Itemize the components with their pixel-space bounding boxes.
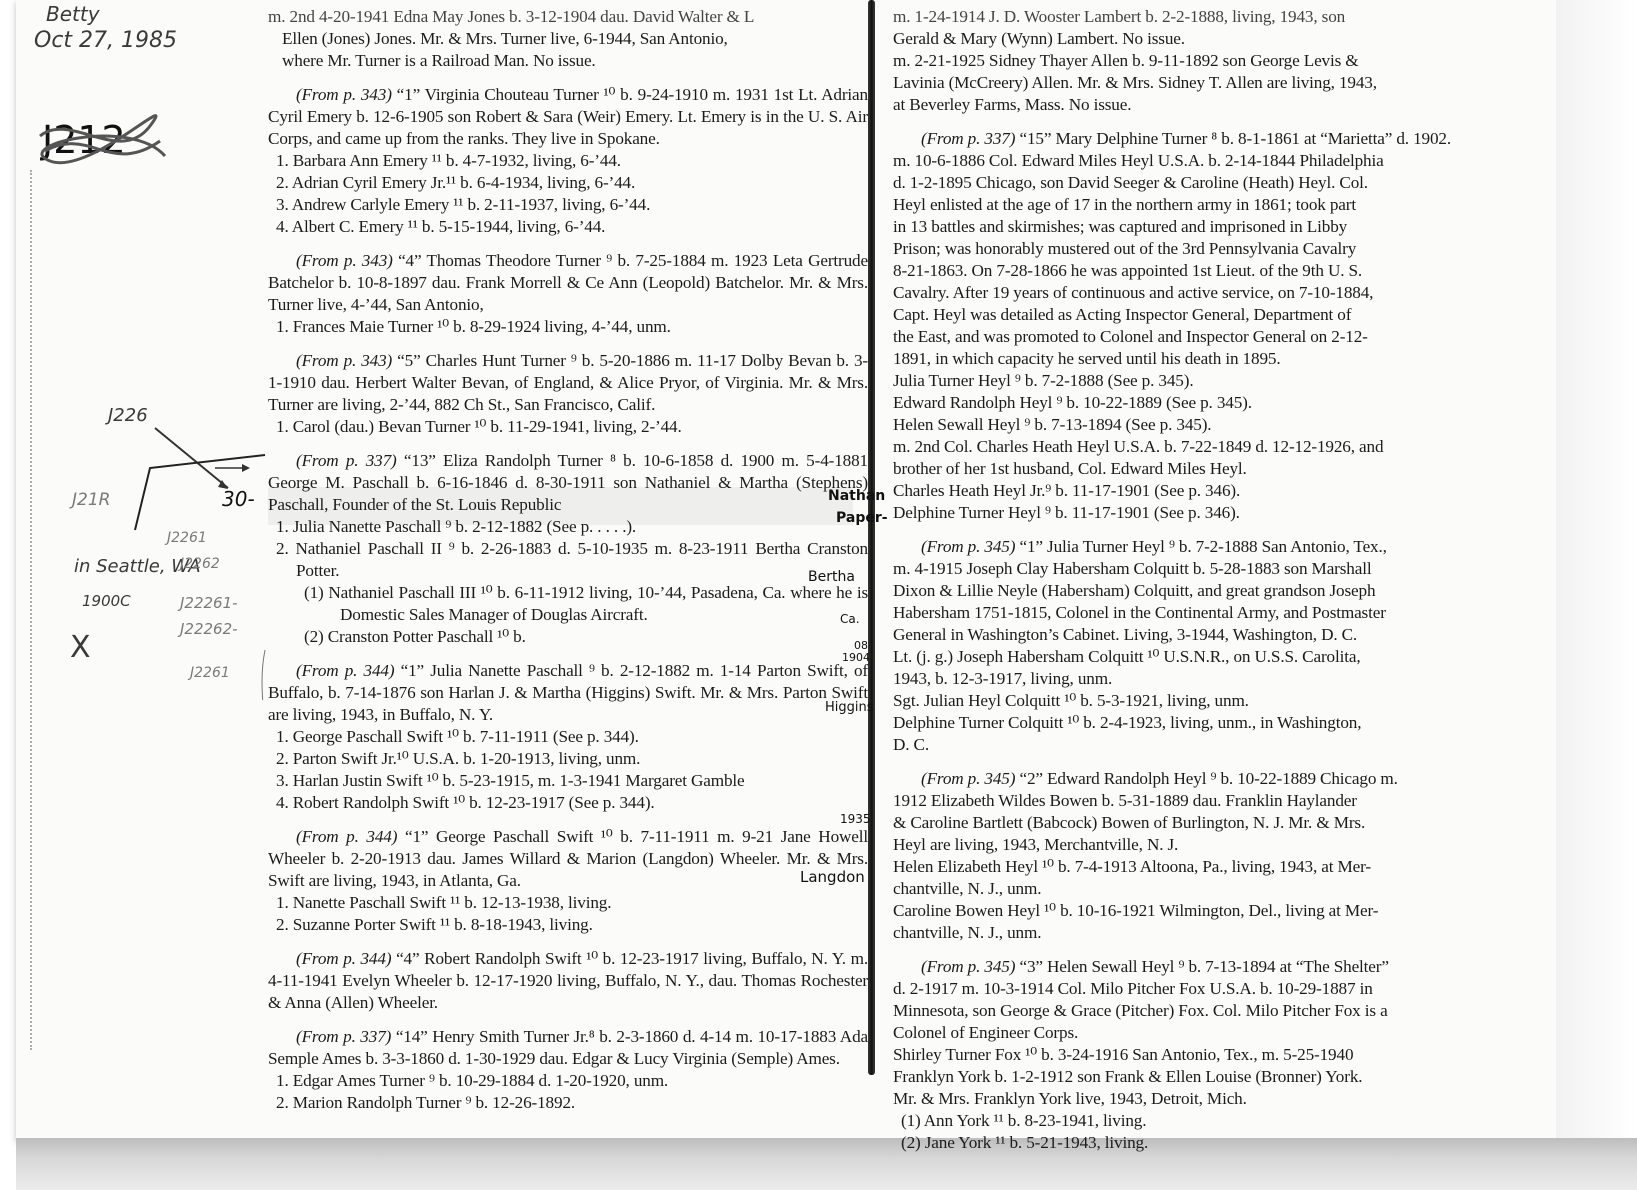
handwritten-j22261: J22261- xyxy=(180,594,238,612)
text-line: 1912 Elizabeth Wildes Bowen b. 5-31-1889… xyxy=(893,790,1523,812)
text-line: Minnesota, son George & Grace (Pitcher) … xyxy=(893,1000,1523,1022)
handwritten-bertha: Bertha xyxy=(808,569,855,585)
child-item: 1. Nanette Paschall Swift ¹¹ b. 12-13-19… xyxy=(268,892,868,914)
text-line: d. 2-1917 m. 10-3-1914 Col. Milo Pitcher… xyxy=(893,978,1523,1000)
handwritten-nathan: Nathan xyxy=(828,488,885,504)
handwritten-1935: 1935 xyxy=(840,812,871,826)
handwritten-j21r: J21R xyxy=(72,490,110,510)
entry-allen: m. 2-21-1925 Sidney Thayer Allen b. 9-11… xyxy=(893,50,1523,116)
handwritten-j2262: J2262 xyxy=(180,556,220,572)
child-item: Helen Elizabeth Heyl ¹⁰ b. 7-4-1913 Alto… xyxy=(893,856,1523,878)
entry-text: “15” Mary Delphine Turner ⁸ b. 8-1-1861 … xyxy=(1019,129,1451,148)
child-item: 2. Marion Randolph Turner ⁹ b. 12-26-189… xyxy=(268,1092,868,1114)
source-reference: (From p. 343) xyxy=(296,85,392,104)
child-item: 4. Robert Randolph Swift ¹⁰ b. 12-23-191… xyxy=(268,792,868,814)
handwritten-30-dash: 30- xyxy=(222,487,255,511)
child-item: 1. Carol (dau.) Bevan Turner ¹⁰ b. 11-29… xyxy=(268,416,868,438)
child-item: Delphine Turner Colquitt ¹⁰ b. 2-4-1923,… xyxy=(893,712,1523,734)
child-item: Caroline Bowen Heyl ¹⁰ b. 10-16-1921 Wil… xyxy=(893,900,1523,922)
entry-mary-delphine-turner: (From p. 337) “15” Mary Delphine Turner … xyxy=(893,128,1523,524)
entry-julia-turner-heyl: (From p. 345) “1” Julia Turner Heyl ⁹ b.… xyxy=(893,536,1523,756)
handwritten-langdon: Langdon xyxy=(800,868,865,886)
source-reference: (From p. 337) xyxy=(296,1027,391,1046)
child-item: 2. Adrian Cyril Emery Jr.¹¹ b. 6-4-1934,… xyxy=(268,172,868,194)
entry-virginia-chouteau-turner: (From p. 343) “1” Virginia Chouteau Turn… xyxy=(268,84,868,238)
right-column: m. 1-24-1914 J. D. Wooster Lambert b. 2-… xyxy=(893,6,1523,1166)
grandchild-item: (2) Jane York ¹¹ b. 5-21-1943, living. xyxy=(893,1132,1523,1154)
text-line: m. 4-1915 Joseph Clay Habersham Colquitt… xyxy=(893,558,1523,580)
child-item: 1. George Paschall Swift ¹⁰ b. 7-11-1911… xyxy=(268,726,868,748)
binding-gutter-line xyxy=(868,0,875,1075)
child-item: Lt. (j. g.) Joseph Habersham Colquitt ¹⁰… xyxy=(893,646,1523,668)
text-line: Heyl are living, 1943, Merchantville, N.… xyxy=(893,834,1523,856)
child-item: 3. Andrew Carlyle Emery ¹¹ b. 2-11-1937,… xyxy=(268,194,868,216)
child-item: Delphine Turner Heyl ⁹ b. 11-17-1901 (Se… xyxy=(893,502,1523,524)
source-reference: (From p. 337) xyxy=(921,129,1015,148)
grandchild-item: (1) Ann York ¹¹ b. 8-23-1941, living. xyxy=(893,1110,1523,1132)
text-line: Gerald & Mary (Wynn) Lambert. No issue. xyxy=(893,28,1523,50)
child-item: Mr. & Mrs. Franklyn York live, 1943, Det… xyxy=(893,1088,1523,1110)
child-item: chantville, N. J., unm. xyxy=(893,922,1523,944)
entry-turner-jones: m. 2nd 4-20-1941 Edna May Jones b. 3-12-… xyxy=(268,6,868,72)
entry-text: “2” Edward Randolph Heyl ⁹ b. 10-22-1889… xyxy=(1019,769,1397,788)
entry-george-paschall-swift: (From p. 344) “1” George Paschall Swift … xyxy=(268,826,868,936)
handwritten-j2261-second: J2261 xyxy=(190,665,230,681)
source-reference: (From p. 344) xyxy=(296,949,391,968)
child-item: 2. Suzanne Porter Swift ¹¹ b. 8-18-1943,… xyxy=(268,914,868,936)
text-line: & Caroline Bartlett (Babcock) Bowen of B… xyxy=(893,812,1523,834)
entry-text: “3” Helen Sewall Heyl ⁹ b. 7-13-1894 at … xyxy=(1019,957,1388,976)
source-reference: (From p. 343) xyxy=(296,351,392,370)
child-item: Shirley Turner Fox ¹⁰ b. 3-24-1916 San A… xyxy=(893,1044,1523,1066)
handwritten-1904: 08 1904 xyxy=(842,640,868,664)
source-reference: (From p. 343) xyxy=(296,251,393,270)
child-item: 3. Harlan Justin Swift ¹⁰ b. 5-23-1915, … xyxy=(268,770,868,792)
text-line: m. 2nd 4-20-1941 Edna May Jones b. 3-12-… xyxy=(268,6,868,28)
child-item: 1. Julia Nanette Paschall ⁹ b. 2-12-1882… xyxy=(268,516,868,538)
entry-thomas-theodore-turner: (From p. 343) “4” Thomas Theodore Turner… xyxy=(268,250,868,338)
child-item: 2. Nathaniel Paschall II ⁹ b. 2-26-1883 … xyxy=(268,538,868,582)
handwritten-ca: Ca. xyxy=(840,612,860,626)
entry-julia-nanette-paschall: (From p. 344) “1” Julia Nanette Paschall… xyxy=(268,660,868,814)
entry-eliza-randolph-turner: (From p. 337) “13” Eliza Randolph Turner… xyxy=(268,450,868,648)
text-line: Habersham 1751-1815, Colonel in the Cont… xyxy=(893,602,1523,624)
text-line: m. 10-6-1886 Col. Edward Miles Heyl U.S.… xyxy=(893,150,1523,172)
text-line: in 13 battles and skirmishes; was captur… xyxy=(893,216,1523,238)
child-item: Sgt. Julian Heyl Colquitt ¹⁰ b. 5-3-1921… xyxy=(893,690,1523,712)
text-line: Capt. Heyl was detailed as Acting Inspec… xyxy=(893,304,1523,326)
text-line: brother of her 1st husband, Col. Edward … xyxy=(893,458,1523,480)
source-reference: (From p. 345) xyxy=(921,957,1015,976)
entry-edward-randolph-heyl: (From p. 345) “2” Edward Randolph Heyl ⁹… xyxy=(893,768,1523,944)
text-line: m. 1-24-1914 J. D. Wooster Lambert b. 2-… xyxy=(893,6,1523,28)
source-reference: (From p. 345) xyxy=(921,537,1015,556)
text-line: Heyl enlisted at the age of 17 in the no… xyxy=(893,194,1523,216)
source-reference: (From p. 344) xyxy=(296,827,397,846)
source-reference: (From p. 337) xyxy=(296,451,397,470)
child-item: Edward Randolph Heyl ⁹ b. 10-22-1889 (Se… xyxy=(893,392,1523,414)
child-item: 1943, b. 12-3-1917, living, unm. xyxy=(893,668,1523,690)
text-line: Cavalry. After 19 years of continuous an… xyxy=(893,282,1523,304)
entry-robert-randolph-swift: (From p. 344) “4” Robert Randolph Swift … xyxy=(268,948,868,1014)
child-item: 2. Parton Swift Jr.¹⁰ U.S.A. b. 1-20-191… xyxy=(268,748,868,770)
child-item: D. C. xyxy=(893,734,1523,756)
entry-henry-smith-turner-jr: (From p. 337) “14” Henry Smith Turner Jr… xyxy=(268,1026,868,1114)
handwritten-x-mark: X xyxy=(70,630,91,665)
handwritten-j2261: J2261 xyxy=(167,530,207,546)
text-line: 8-21-1863. On 7-28-1866 he was appointed… xyxy=(893,260,1523,282)
text-line: Dixon & Lillie Neyle (Habersham) Colquit… xyxy=(893,580,1523,602)
source-reference: (From p. 344) xyxy=(296,661,394,680)
handwritten-j226: J226 xyxy=(108,405,148,426)
grandchild-item: (2) Cranston Potter Paschall ¹⁰ b. xyxy=(268,626,868,648)
left-column: m. 2nd 4-20-1941 Edna May Jones b. 3-12-… xyxy=(268,6,868,1126)
child-item: Franklyn York b. 1-2-1912 son Frank & El… xyxy=(893,1066,1523,1088)
scribble-crossout-icon xyxy=(30,106,180,186)
child-item: Helen Sewall Heyl ⁹ b. 7-13-1894 (See p.… xyxy=(893,414,1523,436)
handwritten-higgins: Higgins xyxy=(825,700,874,715)
scan-right-margin xyxy=(1556,0,1637,1140)
child-item: 1. Frances Maie Turner ¹⁰ b. 8-29-1924 l… xyxy=(268,316,868,338)
child-item: Charles Heath Heyl Jr.⁹ b. 11-17-1901 (S… xyxy=(893,480,1523,502)
child-item: chantville, N. J., unm. xyxy=(893,878,1523,900)
grandchild-item: (1) Nathaniel Paschall III ¹⁰ b. 6-11-19… xyxy=(268,582,868,626)
left-edge-punch-marks xyxy=(30,170,40,1050)
text-line: the East, and was promoted to Colonel an… xyxy=(893,326,1523,348)
child-item: 1. Edgar Ames Turner ⁹ b. 10-29-1884 d. … xyxy=(268,1070,868,1092)
text-line: Colonel of Engineer Corps. xyxy=(893,1022,1523,1044)
source-reference: (From p. 345) xyxy=(921,769,1015,788)
child-item: Julia Turner Heyl ⁹ b. 7-2-1888 (See p. … xyxy=(893,370,1523,392)
text-line: m. 2-21-1925 Sidney Thayer Allen b. 9-11… xyxy=(893,50,1523,72)
text-line: where Mr. Turner is a Railroad Man. No i… xyxy=(268,50,868,72)
child-item: 4. Albert C. Emery ¹¹ b. 5-15-1944, livi… xyxy=(268,216,868,238)
handwritten-j22262: J22262- xyxy=(180,620,238,638)
text-line: at Beverley Farms, Mass. No issue. xyxy=(893,94,1523,116)
text-line: m. 2nd Col. Charles Heath Heyl U.S.A. b.… xyxy=(893,436,1523,458)
entry-charles-hunt-turner: (From p. 343) “5” Charles Hunt Turner ⁹ … xyxy=(268,350,868,438)
text-line: Ellen (Jones) Jones. Mr. & Mrs. Turner l… xyxy=(268,28,868,50)
text-line: Prison; was honorably mustered out of th… xyxy=(893,238,1523,260)
entry-text: “1” Julia Turner Heyl ⁹ b. 7-2-1888 San … xyxy=(1019,537,1386,556)
text-line: General in Washington’s Cabinet. Living,… xyxy=(893,624,1523,646)
child-item: 1. Barbara Ann Emery ¹¹ b. 4-7-1932, liv… xyxy=(268,150,868,172)
entry-lambert: m. 1-24-1914 J. D. Wooster Lambert b. 2-… xyxy=(893,6,1523,50)
entry-helen-sewall-heyl: (From p. 345) “3” Helen Sewall Heyl ⁹ b.… xyxy=(893,956,1523,1154)
text-line: 1891, in which capacity he served until … xyxy=(893,348,1523,370)
handwritten-date: Oct 27, 1985 xyxy=(34,28,177,53)
text-line: Lavinia (McCreery) Allen. Mr. & Mrs. Sid… xyxy=(893,72,1523,94)
handwritten-name: Betty xyxy=(46,2,100,26)
handwritten-paper: Paper- xyxy=(836,510,888,526)
handwritten-1900c: 1900C xyxy=(82,592,131,610)
text-line: d. 1-2-1895 Chicago, son David Seeger & … xyxy=(893,172,1523,194)
